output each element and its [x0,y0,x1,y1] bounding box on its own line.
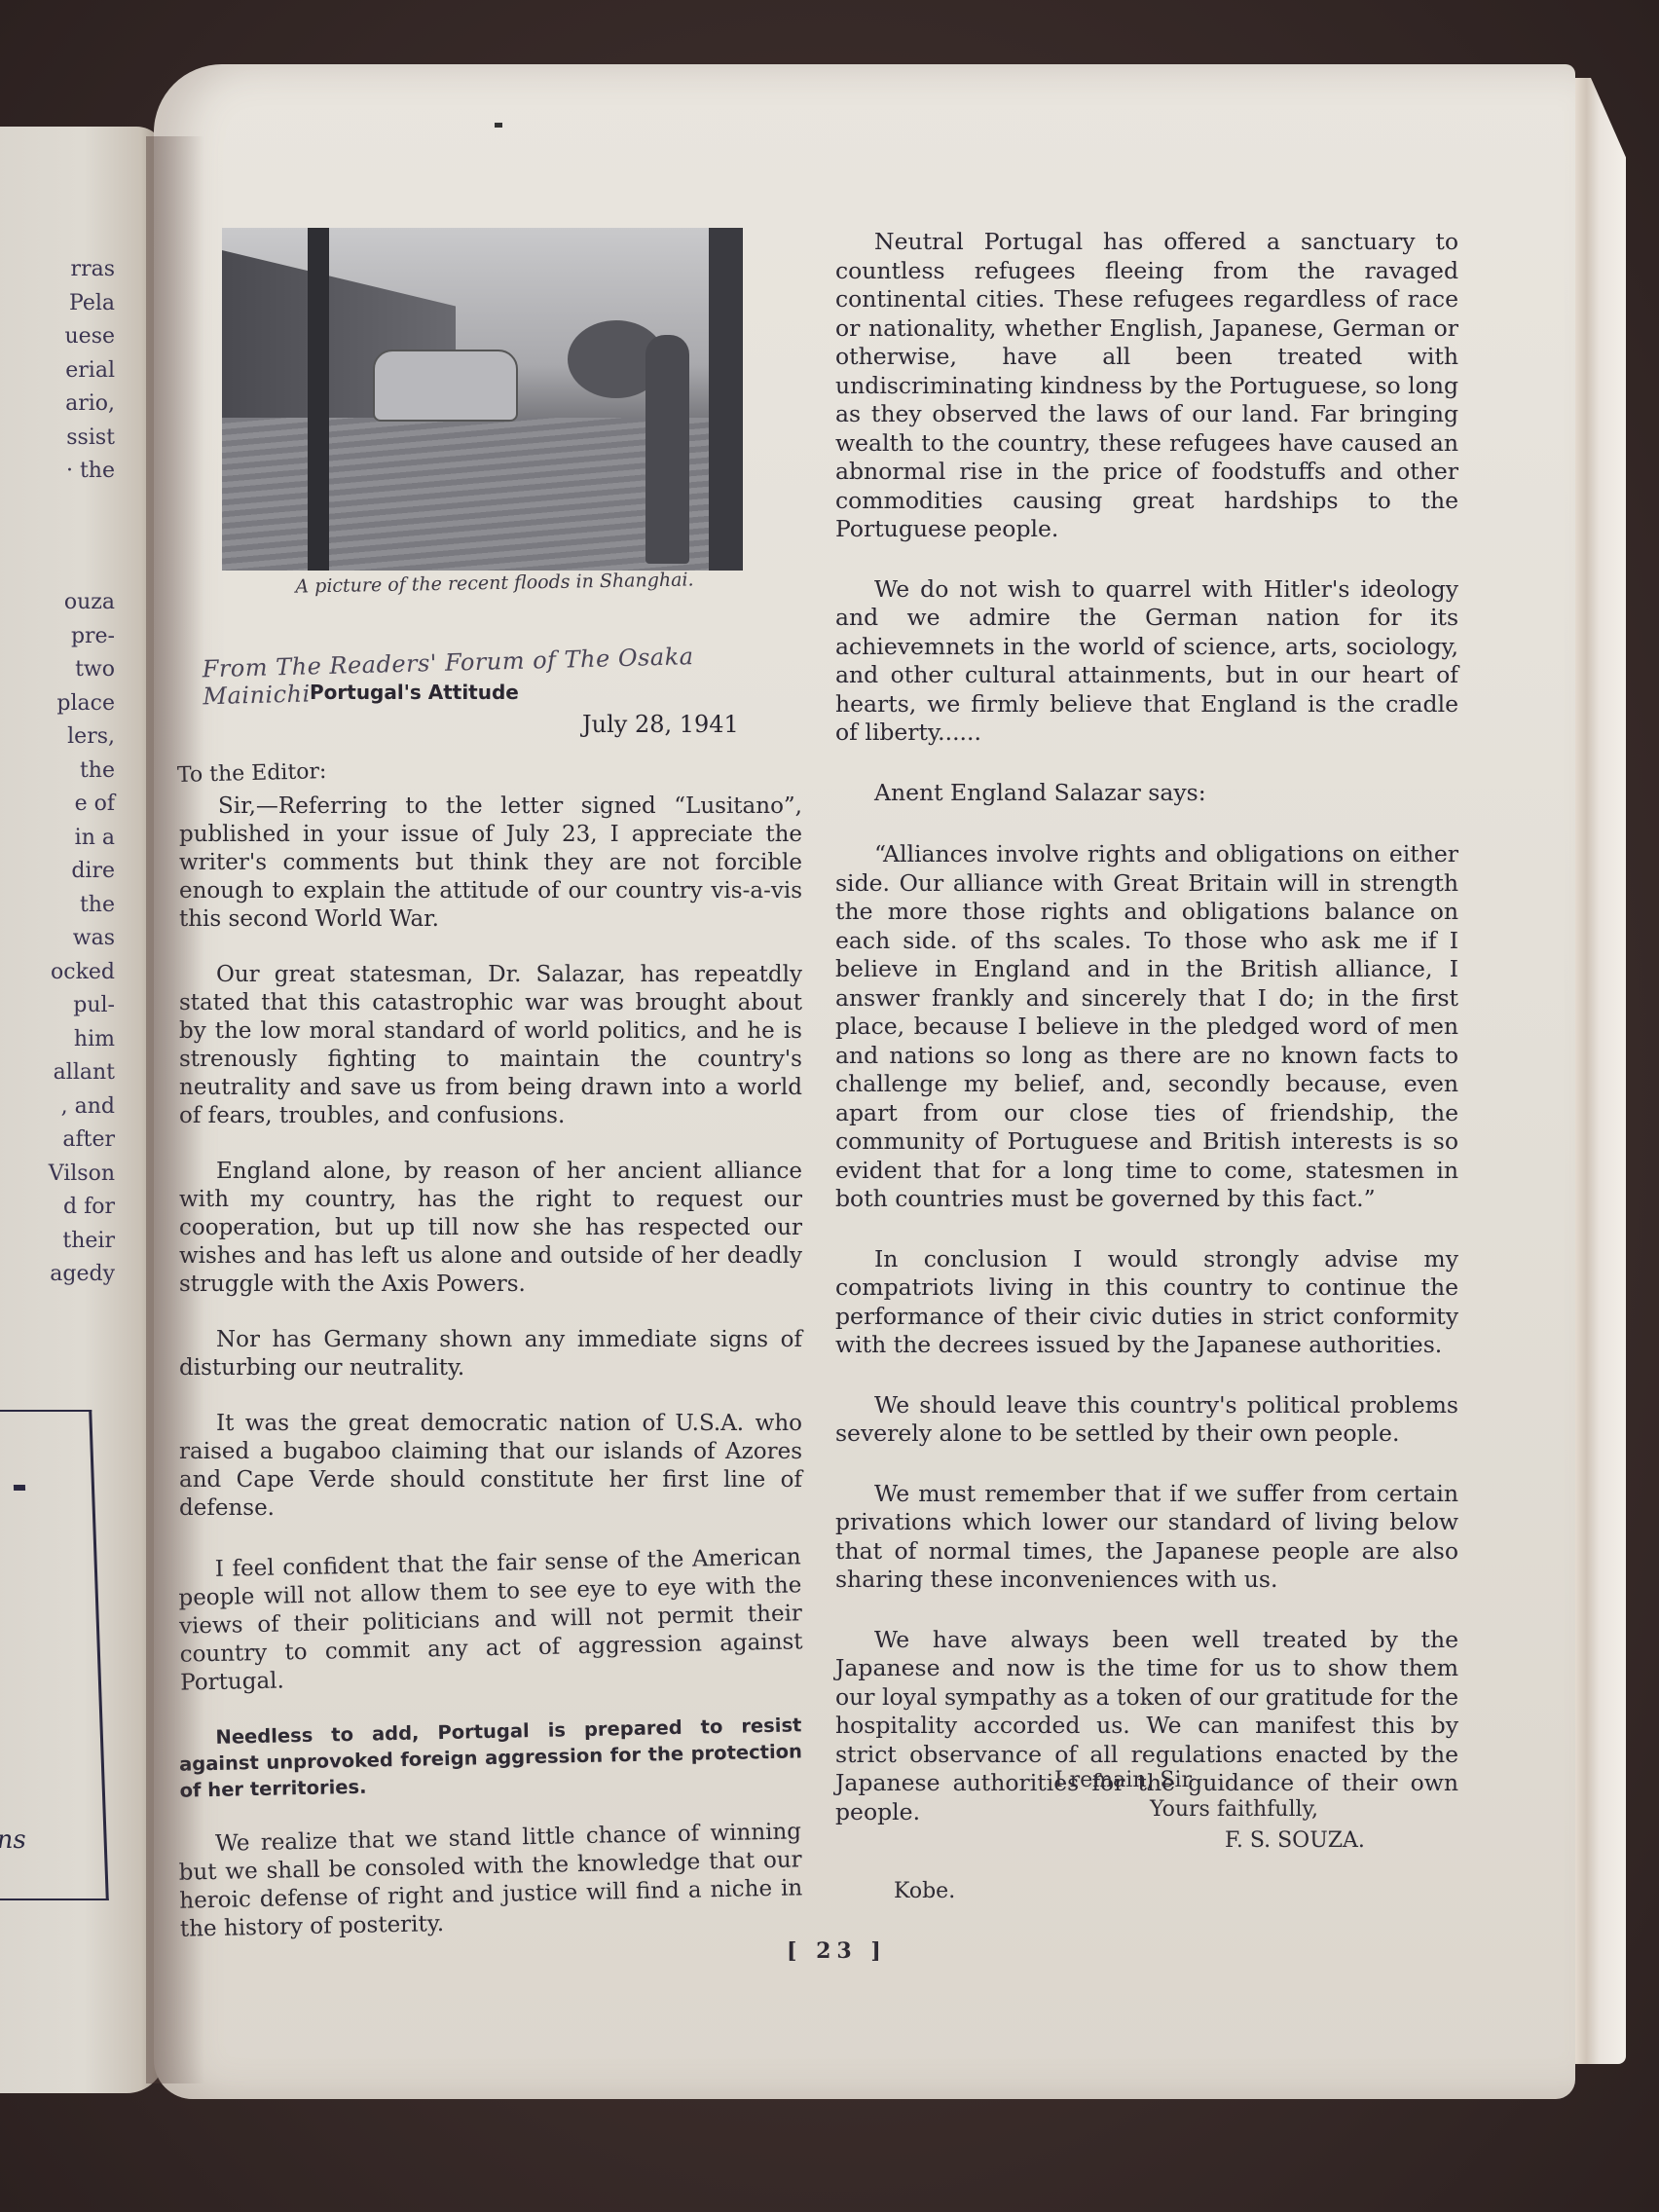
boxed-italic-text: ns [0,1825,26,1855]
photo-caption: A picture of the recent floods in Shangh… [271,569,719,598]
dash-mark [14,1485,25,1491]
paragraph: We realize that we stand little chance o… [178,1818,803,1943]
paragraph: Sir,—Referring to the letter signed “Lus… [179,793,802,934]
article-date: July 28, 1941 [582,711,739,738]
paragraph: England alone, by reason of her ancient … [179,1158,802,1299]
photo-person [645,335,689,564]
paragraph: We must remember that if we suffer from … [835,1480,1458,1595]
signature: F. S. SOUZA. [1225,1828,1365,1853]
paragraph: I feel confident that the fair sense of … [178,1543,804,1697]
paragraph: Our great statesman, Dr. Salazar, has re… [179,961,802,1130]
paragraph: We should leave this country's political… [835,1391,1458,1449]
left-page-text-fragment-upper: rras Pela uese erial ario, ssist · the [65,253,116,489]
paragraph: We have always been well treated by the … [835,1626,1458,1827]
left-page-boxed-advertisement: ns [0,1410,109,1900]
photo-car [373,350,518,422]
facing-left-page: rras Pela uese erial ario, ssist · the o… [0,127,166,2093]
closing-yours: Yours faithfully, [1150,1797,1318,1822]
paragraph: It was the great democratic nation of U.… [179,1410,802,1523]
paragraph: Anent England Salazar says: [835,779,1458,808]
paragraph: Nor has Germany shown any immediate sign… [179,1326,802,1382]
closing-remain: I remain, Sir [1054,1768,1192,1792]
page-number: [ 23 ] [787,1938,887,1964]
paragraph: In conclusion I would strongly advise my… [835,1245,1458,1360]
place-of-writing: Kobe. [894,1879,955,1903]
book-gutter-shadow [146,136,204,2083]
paragraph: We do not wish to quarrel with Hitler's … [835,575,1458,748]
photo-pole [308,228,329,571]
paragraph: Neutral Portugal has offered a sanctuary… [835,228,1458,544]
magazine-page: A picture of the recent floods in Shangh… [154,64,1575,2099]
flood-photograph [222,228,743,571]
photo-pole-right [709,228,743,571]
right-column: Neutral Portugal has offered a sanctuary… [835,228,1458,1858]
ink-mark [495,123,502,128]
paragraph-quote: “Alliances involve rights and obligation… [835,840,1458,1214]
left-column: Sir,—Referring to the letter signed “Lus… [179,793,802,1965]
article-title: Portugal's Attitude [310,681,519,704]
paragraph-bold: Needless to add, Portugal is prepared to… [178,1712,803,1803]
left-page-text-fragment-middle: ouza pre- two place lers, the e of in a … [49,586,115,1292]
